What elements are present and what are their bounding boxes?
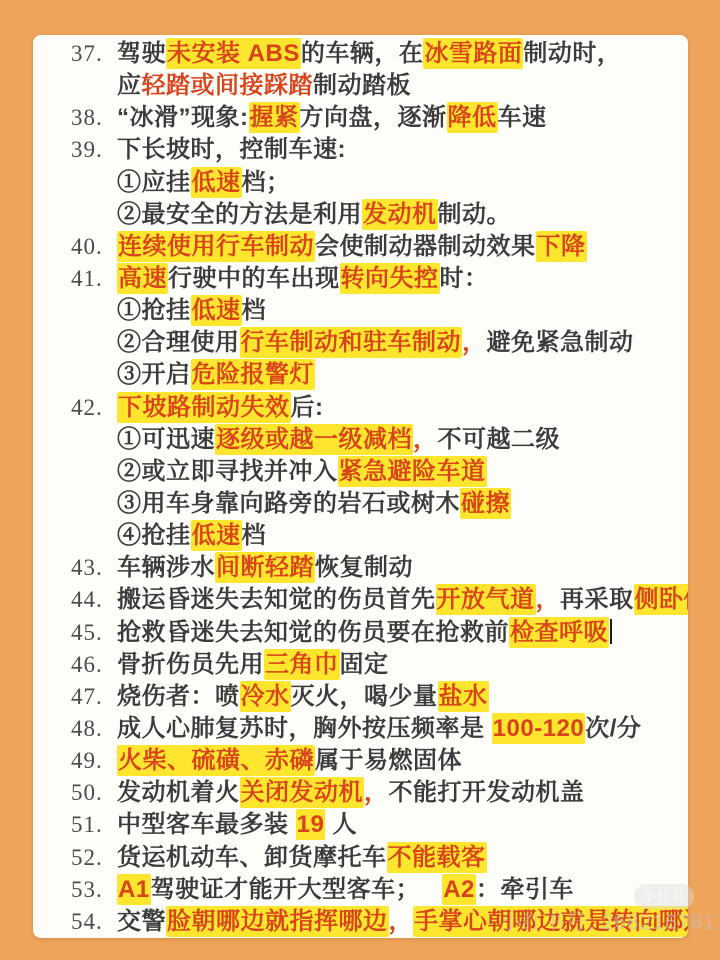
line-text: 应轻踏或间接踩踏制动踏板 [117, 70, 411, 102]
plain-text: 档； [242, 169, 291, 196]
line-text: ①抢挂低速档 [117, 295, 266, 327]
note-line: 52.货运机动车、卸货摩托车不能载客 [71, 842, 688, 874]
highlighted-term: 发动机 [362, 199, 438, 230]
note-line: 47.烧伤者：喷冷水灭火，喝少量盐水 [71, 681, 688, 713]
highlighted-term: 碰擦 [460, 488, 511, 519]
note-line: 51.中型客车最多装 19 人 [71, 809, 688, 841]
xiaohongshu-badge-label: 小红书 [643, 889, 685, 904]
note-line: ④抢挂低速档 [71, 520, 688, 552]
red-term: ， [536, 586, 561, 613]
highlighted-term: 转向失控 [340, 263, 440, 294]
plain-text: 属于易燃固体 [315, 747, 462, 774]
line-text: 车辆涉水间断轻踏恢复制动 [117, 552, 413, 584]
note-line: ①可迅速逐级或越一级减档，不可越二级 [71, 424, 688, 456]
plain-text: 成人心肺复苏时，胸外按压频率是 [117, 715, 492, 742]
line-text: 高速行驶中的车出现转向失控时： [117, 263, 489, 295]
line-number: 40. [71, 231, 117, 263]
line-number: 52. [71, 842, 117, 874]
highlighted-term: 脸朝哪边就指挥哪边 [166, 906, 389, 937]
note-line: ③开启危险报警灯 [71, 359, 688, 391]
highlighted-term: 不能载客 [387, 842, 487, 873]
line-text: ④抢挂低速档 [117, 520, 266, 552]
line-text: ③用车身靠向路旁的岩石或树木碰擦 [117, 488, 511, 520]
line-text: 下长坡时，控制车速: [117, 134, 346, 166]
plain-text: 次/分 [585, 715, 641, 742]
red-term: ， [364, 779, 389, 806]
highlighted-term: 高速 [117, 263, 168, 294]
plain-text: 发动机着火 [117, 779, 240, 806]
highlighted-term: 握紧 [249, 102, 300, 133]
line-text: ②或立即寻找并冲入紧急避险车道 [117, 456, 487, 488]
line-number: 49. [71, 745, 117, 777]
plain-text: 行驶中的车出现 [168, 265, 340, 292]
line-text: 骨折伤员先用三角巾固定 [117, 649, 389, 681]
line-number: 45. [71, 617, 117, 649]
highlighted-term: 19 [296, 809, 326, 840]
plain-text: 的车辆，在 [301, 40, 424, 67]
red-term: 轻踏或间接踩踏 [142, 72, 314, 99]
line-text: “冰滑”现象:握紧方向盘，逐渐降低车速 [117, 102, 547, 134]
highlighted-term: 未安装 ABS [166, 38, 301, 69]
line-text: 搬运昏迷失去知觉的伤员首先开放气道，再采取侧卧位 [117, 584, 688, 616]
highlighted-term: 间断轻踏 [215, 552, 315, 583]
plain-text: 中型客车最多装 [117, 811, 296, 838]
plain-text: 固定 [340, 651, 389, 678]
line-text: 下坡路制动失效后: [117, 392, 324, 424]
red-term: ， [389, 908, 414, 935]
note-line: ②或立即寻找并冲入紧急避险车道 [71, 456, 688, 488]
highlighted-term: 逐级或越一级减档 [215, 424, 413, 455]
plain-text: ③开启 [117, 361, 191, 388]
highlighted-term: 连续使用行车制动 [117, 231, 315, 262]
line-text: A1驾驶证才能开大型客车；A2：牵引车 [117, 874, 574, 906]
line-number: 46. [71, 649, 117, 681]
note-line: 39.下长坡时，控制车速: [71, 134, 688, 166]
note-line: 48.成人心肺复苏时，胸外按压频率是 100-120次/分 [71, 713, 688, 745]
highlighted-term: 危险报警灯 [191, 359, 316, 390]
line-text: 连续使用行车制动会使制动器制动效果下降 [117, 231, 587, 263]
plain-text: 货运机动车、卸货摩托车 [117, 844, 387, 871]
line-number: 41. [71, 263, 117, 295]
line-text: 货运机动车、卸货摩托车不能载客 [117, 842, 487, 874]
plain-text: ④抢挂 [117, 522, 191, 549]
plain-text: 后: [291, 394, 324, 421]
highlighted-term: 低速 [191, 520, 242, 551]
highlighted-term: 侧卧位 [634, 584, 689, 615]
highlighted-term: 降低 [447, 102, 498, 133]
line-text: 抢救昏迷失去知觉的伤员要在抢救前检查呼吸 [117, 617, 612, 649]
highlighted-term: 低速 [191, 167, 242, 198]
plain-text: ：牵引车 [476, 876, 574, 903]
plain-text: 驾驶证才能开大型客车； [151, 876, 421, 903]
plain-text: 灭火，喝少量 [291, 683, 438, 710]
plain-text: 下长坡时，控制车速: [117, 136, 346, 163]
note-line: 42.下坡路制动失效后: [71, 392, 688, 424]
plain-text: 驾驶 [117, 40, 166, 67]
plain-text: 烧伤者：喷 [117, 683, 240, 710]
line-text: ①可迅速逐级或越一级减档，不可越二级 [117, 424, 560, 456]
line-text: 发动机着火关闭发动机，不能打开发动机盖 [117, 777, 585, 809]
highlighted-term: A2 [442, 874, 476, 905]
note-line: ②合理使用行车制动和驻车制动，避免紧急制动 [71, 327, 688, 359]
line-number: 42. [71, 392, 117, 424]
highlighted-term: A1 [117, 874, 151, 905]
plain-text: ②最安全的方法是利用 [117, 201, 362, 228]
plain-text: 恢复制动 [315, 554, 413, 581]
plain-text: 车速 [498, 104, 547, 131]
line-number: 53. [71, 874, 117, 906]
line-number: 37. [71, 38, 117, 70]
plain-text: ①可迅速 [117, 426, 215, 453]
line-text: 中型客车最多装 19 人 [117, 809, 357, 841]
plain-text: 骨折伤员先用 [117, 651, 264, 678]
plain-text: 再采取 [560, 586, 634, 613]
highlighted-term: 紧急避险车道 [338, 456, 487, 487]
highlighted-term: 下坡路制动失效 [117, 392, 291, 423]
plain-text: ③用车身靠向路旁的岩石或树木 [117, 490, 460, 517]
plain-text: 档 [242, 522, 267, 549]
note-line: 49.火柴、硫磺、赤磷属于易燃固体 [71, 745, 688, 777]
line-text: ①应挂低速档； [117, 167, 291, 199]
plain-text: ②合理使用 [117, 329, 240, 356]
highlighted-term: 盐水 [438, 681, 489, 712]
xiaohongshu-id-label: 小红书号: 2682167817 [500, 911, 720, 934]
plain-text: 会使制动器制动效果 [315, 233, 536, 260]
line-text: 烧伤者：喷冷水灭火，喝少量盐水 [117, 681, 489, 713]
line-number: 48. [71, 713, 117, 745]
note-line: 应轻踏或间接踩踏制动踏板 [71, 70, 688, 102]
line-text: ②最安全的方法是利用发动机制动。 [117, 199, 511, 231]
plain-text: 不可越二级 [438, 426, 561, 453]
plain-text: 车辆涉水 [117, 554, 215, 581]
note-line: ②最安全的方法是利用发动机制动。 [71, 199, 688, 231]
line-text: 火柴、硫磺、赤磷属于易燃固体 [117, 745, 462, 777]
note-line: 40.连续使用行车制动会使制动器制动效果下降 [71, 231, 688, 263]
note-line: 37.驾驶未安装 ABS的车辆，在冰雪路面制动时， [71, 38, 688, 70]
line-number: 38. [71, 102, 117, 134]
notes-list: 37.驾驶未安装 ABS的车辆，在冰雪路面制动时，应轻踏或间接踩踏制动踏板38.… [33, 35, 688, 938]
plain-text: “冰滑”现象: [117, 104, 249, 131]
xiaohongshu-id-watermark: 小红书号: 2682167817 [500, 906, 720, 936]
highlighted-term: 冷水 [240, 681, 291, 712]
note-line: 53.A1驾驶证才能开大型客车；A2：牵引车 [71, 874, 688, 906]
plain-text: 搬运昏迷失去知觉的伤员首先 [117, 586, 436, 613]
highlighted-term: 下降 [536, 231, 587, 262]
plain-text: 制动踏板 [313, 72, 411, 99]
line-number: 43. [71, 552, 117, 584]
note-line: 44.搬运昏迷失去知觉的伤员首先开放气道，再采取侧卧位 [71, 584, 688, 616]
line-text: 成人心肺复苏时，胸外按压频率是 100-120次/分 [117, 713, 641, 745]
plain-text: 人 [325, 811, 357, 838]
note-line: 43.车辆涉水间断轻踏恢复制动 [71, 552, 688, 584]
text-cursor [610, 619, 612, 644]
plain-text: ②或立即寻找并冲入 [117, 458, 338, 485]
note-line: ①抢挂低速档 [71, 295, 688, 327]
plain-text: 抢救昏迷失去知觉的伤员要在抢救前 [117, 619, 509, 646]
line-number: 44. [71, 584, 117, 616]
highlighted-term: 低速 [191, 295, 242, 326]
plain-text: 应 [117, 72, 142, 99]
plain-text: 不能打开发动机盖 [389, 779, 585, 806]
plain-text: 时： [440, 265, 489, 292]
note-line: 45.抢救昏迷失去知觉的伤员要在抢救前检查呼吸 [71, 617, 688, 649]
line-number: 47. [71, 681, 117, 713]
line-number: 51. [71, 809, 117, 841]
line-text: ③开启危险报警灯 [117, 359, 315, 391]
highlighted-term: 关闭发动机 [240, 777, 365, 808]
line-text: 驾驶未安装 ABS的车辆，在冰雪路面制动时， [117, 38, 621, 70]
plain-text: 交警 [117, 908, 166, 935]
plain-text: 避免紧急制动 [487, 329, 634, 356]
plain-text: 方向盘，逐渐 [300, 104, 447, 131]
plain-text: 制动。 [438, 201, 512, 228]
plain-text: 制动时， [523, 40, 621, 67]
highlighted-term: 开放气道 [436, 584, 536, 615]
study-notes-card: 37.驾驶未安装 ABS的车辆，在冰雪路面制动时，应轻踏或间接踩踏制动踏板38.… [33, 35, 688, 938]
line-number: 39. [71, 134, 117, 166]
line-number: 54. [71, 906, 117, 938]
note-line: ③用车身靠向路旁的岩石或树木碰擦 [71, 488, 688, 520]
note-line: 50.发动机着火关闭发动机，不能打开发动机盖 [71, 777, 688, 809]
highlighted-term: 冰雪路面 [423, 38, 523, 69]
red-term: ， [462, 329, 487, 356]
note-line: 46.骨折伤员先用三角巾固定 [71, 649, 688, 681]
photo-page: { "page": { "background_color": "#efa45b… [0, 0, 720, 960]
highlighted-term: 检查呼吸 [509, 617, 609, 648]
red-term: ， [413, 426, 438, 453]
plain-text: ①抢挂 [117, 297, 191, 324]
plain-text: ①应挂 [117, 169, 191, 196]
line-number: 50. [71, 777, 117, 809]
highlighted-term: 100-120 [492, 713, 586, 744]
note-line: 38.“冰滑”现象:握紧方向盘，逐渐降低车速 [71, 102, 688, 134]
line-text: ②合理使用行车制动和驻车制动，避免紧急制动 [117, 327, 634, 359]
plain-text: 档 [242, 297, 267, 324]
highlighted-term: 行车制动和驻车制动 [240, 327, 463, 358]
note-line: ①应挂低速档； [71, 167, 688, 199]
highlighted-term: 三角巾 [264, 649, 340, 680]
note-line: 41.高速行驶中的车出现转向失控时： [71, 263, 688, 295]
highlighted-term: 火柴、硫磺、赤磷 [117, 745, 315, 776]
